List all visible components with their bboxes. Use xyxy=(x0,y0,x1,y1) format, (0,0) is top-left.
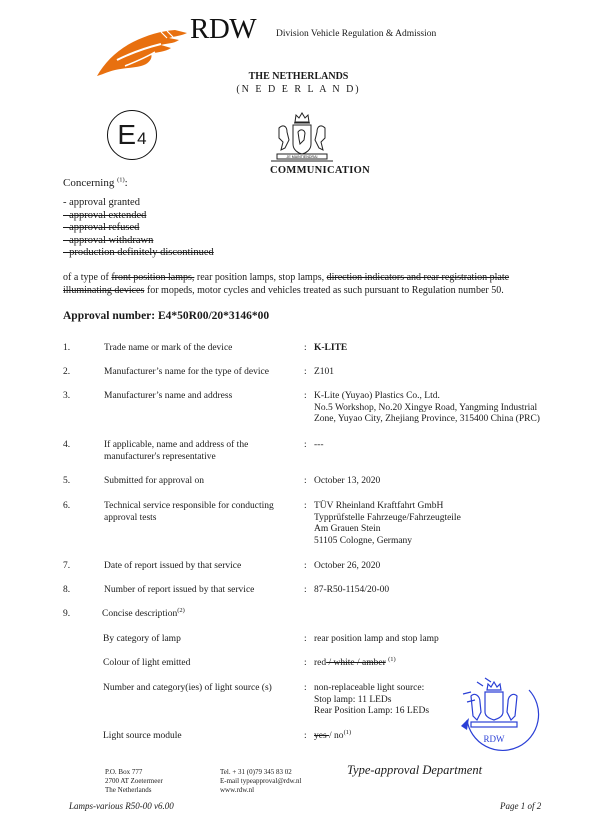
concerning-label: Concerning (1): xyxy=(63,177,128,189)
status-item-withdrawn: - approval withdrawn xyxy=(63,235,214,248)
subject-paragraph: of a type of front position lamps, rear … xyxy=(63,271,533,297)
footer-contact: Tel. + 31 (0)79 345 83 02 E-mail typeapp… xyxy=(220,768,301,795)
brand-name: RDW xyxy=(190,13,256,46)
status-item-refused: - approval refused xyxy=(63,222,214,235)
website-link[interactable]: www.rdw.nl xyxy=(220,786,301,795)
document-title: COMMUNICATION xyxy=(0,165,597,176)
e4-approval-mark: E4 xyxy=(107,110,157,160)
svg-text:JE MAINTIENDRAI: JE MAINTIENDRAI xyxy=(287,155,318,159)
division-name: Division Vehicle Regulation & Admission xyxy=(276,29,436,39)
status-list: - approval granted - approval extended -… xyxy=(63,197,214,260)
country-local-title: (N E D E R L A N D) xyxy=(0,84,597,95)
status-item-extended: - approval extended xyxy=(63,210,214,223)
status-item-discontinued: - production definitely discontinued xyxy=(63,247,214,260)
rdw-official-stamp-icon: RDW xyxy=(447,672,547,767)
footer-address: P.O. Box 7772700 AT ZoetermeerThe Nether… xyxy=(105,768,163,795)
approval-number: Approval number: E4*50R00/20*3146*00 xyxy=(63,310,269,322)
document-reference: Lamps-various R50-00 v6.00 xyxy=(69,801,174,811)
status-item-granted: - approval granted xyxy=(63,197,214,210)
coat-of-arms-icon: JE MAINTIENDRAI xyxy=(269,110,335,169)
page-number: Page 1 of 2 xyxy=(500,801,541,811)
department-name: Type-approval Department xyxy=(347,763,482,778)
svg-text:RDW: RDW xyxy=(484,734,506,744)
e-mark-letter: E xyxy=(117,121,136,149)
e-mark-number: 4 xyxy=(137,130,146,147)
country-title: THE NETHERLANDS xyxy=(0,71,597,82)
footnote-ref: (1) xyxy=(117,176,125,183)
email-link[interactable]: E-mail typeapproval@rdw.nl xyxy=(220,777,301,786)
